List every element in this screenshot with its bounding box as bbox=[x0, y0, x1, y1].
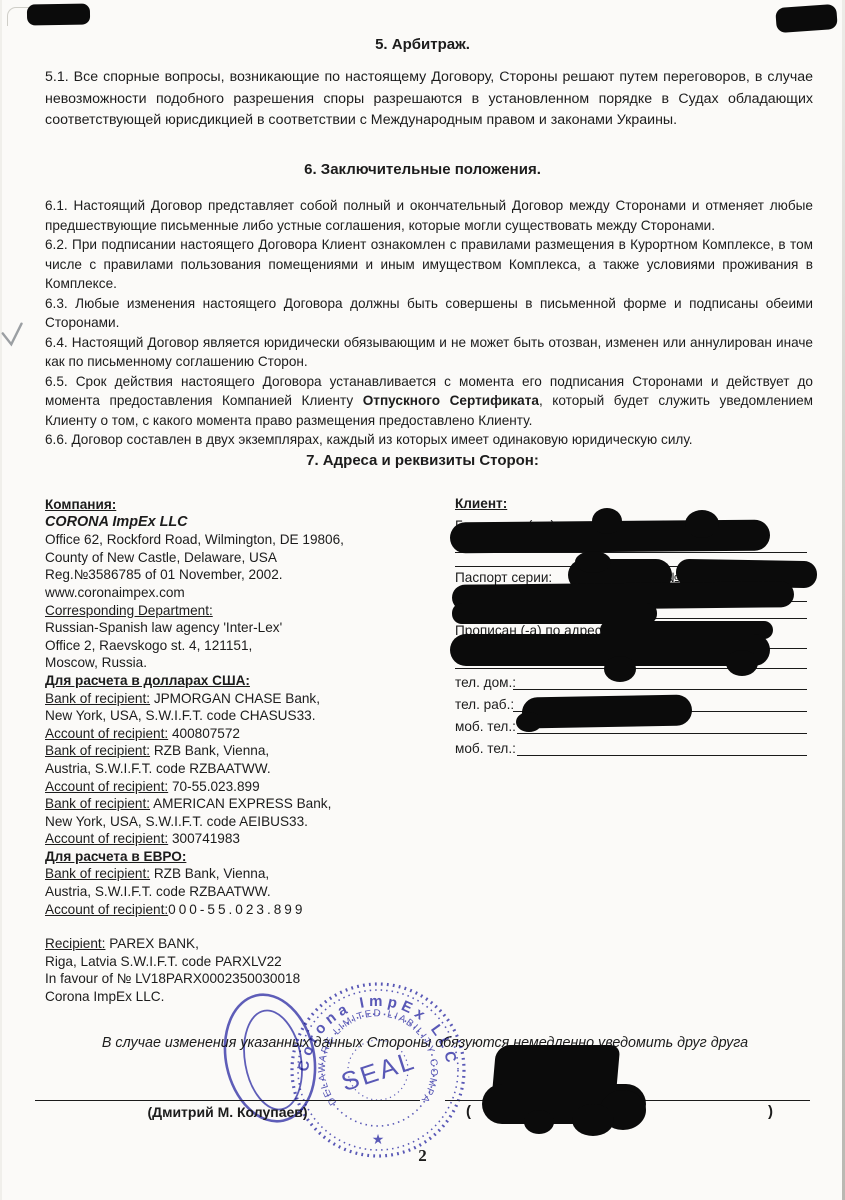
company-signer-name: (Дмитрий М. Колупаев) bbox=[35, 1104, 420, 1120]
company-reg-line: Reg.№3586785 of 01 November, 2002. bbox=[45, 566, 450, 584]
paragraph-6-2: 6.2. При подписании настоящего Договора … bbox=[45, 235, 813, 294]
client-paren-open: ( bbox=[466, 1103, 471, 1120]
account-label: Account of recipient: bbox=[45, 902, 168, 917]
bank-line: Bank of recipient: JPMORGAN CHASE Bank, bbox=[45, 690, 450, 708]
bank-value: AMERICAN EXPRESS Bank, bbox=[150, 796, 331, 811]
bank-line: Austria, S.W.I.F.T. code RZBAATWW. bbox=[45, 760, 450, 778]
dept-line: Office 2, Raevskogo st. 4, 121151, bbox=[45, 637, 450, 655]
account-label: Account of recipient: bbox=[45, 831, 168, 846]
bank-line: New York, USA, S.W.I.F.T. code CHASUS33. bbox=[45, 707, 450, 725]
account-value: 300741983 bbox=[168, 831, 240, 846]
client-paren-close: ) bbox=[768, 1103, 773, 1120]
section-5-title: 5. Арбитраж. bbox=[0, 36, 845, 53]
eur-heading: Для расчета в ЕВРО: bbox=[45, 848, 450, 866]
paragraph-6-4: 6.4. Настоящий Договор является юридичес… bbox=[45, 333, 813, 372]
phone-mobile-label: моб. тел.: bbox=[455, 719, 516, 734]
account-line: Account of recipient: 70-55.023.899 bbox=[45, 778, 450, 796]
paragraph-5-1: 5.1. Все спорные вопросы, возникающие по… bbox=[45, 67, 813, 132]
passport-series-label: Паспорт серии: bbox=[455, 570, 552, 585]
section-6-title: 6. Заключительные положения. bbox=[0, 161, 845, 178]
fill-line bbox=[513, 689, 807, 690]
account-label: Account of recipient: bbox=[45, 779, 168, 794]
company-name: CORONA ImpEx LLC bbox=[45, 514, 450, 532]
bank-value: RZB Bank, Vienna, bbox=[150, 743, 269, 758]
bank-line: Bank of recipient: RZB Bank, Vienna, bbox=[45, 742, 450, 760]
vacation-certificate-term: Отпускного Сертификата bbox=[363, 393, 539, 408]
redaction-top-right bbox=[775, 4, 838, 33]
bank-line: New York, USA, S.W.I.F.T. code AEIBUS33. bbox=[45, 813, 450, 831]
bank-value: JPMORGAN CHASE Bank, bbox=[150, 691, 320, 706]
fill-line bbox=[517, 733, 807, 734]
seal-center-text: SEAL bbox=[337, 1045, 419, 1097]
account-label: Account of recipient: bbox=[45, 726, 168, 741]
bank-label: Bank of recipient: bbox=[45, 743, 150, 758]
fill-line bbox=[517, 755, 807, 756]
paragraph-6-3: 6.3. Любые изменения настоящего Договора… bbox=[45, 294, 813, 333]
recipient-line: Recipient: PAREX BANK, bbox=[45, 935, 450, 953]
paragraph-6-1: 6.1. Настоящий Договор представляет собо… bbox=[45, 196, 813, 235]
redaction-bump bbox=[604, 656, 636, 682]
scanned-contract-page: 5. Арбитраж. 5.1. Все спорные вопросы, в… bbox=[0, 0, 845, 1200]
bank-label: Bank of recipient: bbox=[45, 691, 150, 706]
bank-line: Bank of recipient: AMERICAN EXPRESS Bank… bbox=[45, 795, 450, 813]
company-heading: Компания: bbox=[45, 496, 450, 514]
account-line: Account of recipient: 400807572 bbox=[45, 725, 450, 743]
account-line: Account of recipient: 300741983 bbox=[45, 830, 450, 848]
phone-mobile2-label: моб. тел.: bbox=[455, 741, 516, 756]
phone-work-label: тел. раб.: bbox=[455, 697, 514, 712]
usd-heading: Для расчета в долларах США: bbox=[45, 672, 450, 690]
seal-star-icon: ★ bbox=[372, 1131, 385, 1147]
section-7-title: 7. Адреса и реквизиты Сторон: bbox=[0, 452, 845, 469]
redaction-bump bbox=[524, 1110, 554, 1134]
redaction-bump bbox=[592, 508, 622, 534]
dept-line: Moscow, Russia. bbox=[45, 654, 450, 672]
company-address-line: Office 62, Rockford Road, Wilmington, DE… bbox=[45, 531, 450, 549]
company-signature-line bbox=[35, 1100, 420, 1101]
pen-check-icon bbox=[0, 320, 28, 349]
recipient-label: Recipient: bbox=[45, 936, 105, 951]
page-number: 2 bbox=[0, 1146, 845, 1166]
recipient-value: PAREX BANK, bbox=[105, 936, 198, 951]
dept-line: Russian-Spanish law agency 'Inter-Lex' bbox=[45, 619, 450, 637]
company-website: www.coronaimpex.com bbox=[45, 584, 450, 602]
redaction-bump bbox=[685, 510, 719, 538]
account-value: 70-55.023.899 bbox=[168, 779, 259, 794]
paragraph-6-5: 6.5. Срок действия настоящего Договора у… bbox=[45, 372, 813, 431]
bank-line: Bank of recipient: RZB Bank, Vienna, bbox=[45, 865, 450, 883]
account-value: 000-55.023.899 bbox=[168, 902, 305, 917]
bank-value: RZB Bank, Vienna, bbox=[150, 866, 269, 881]
redaction-bump bbox=[726, 650, 758, 676]
redaction-top-left bbox=[27, 3, 90, 25]
paragraph-6-6: 6.6. Договор составлен в двух экземпляра… bbox=[45, 430, 813, 450]
redaction-mobile-phone bbox=[522, 695, 693, 729]
redaction-bump bbox=[572, 1104, 614, 1136]
company-seal-stamp: Corona ImpEx LLC DELAWARE LIMITED LIABIL… bbox=[283, 975, 473, 1165]
dept-heading: Corresponding Department: bbox=[45, 602, 450, 620]
client-heading: Клиент: bbox=[455, 496, 507, 511]
section-6-body: 6.1. Настоящий Договор представляет собо… bbox=[45, 196, 813, 450]
spacer bbox=[45, 918, 450, 935]
account-value: 400807572 bbox=[168, 726, 240, 741]
company-address-line: County of New Castle, Delaware, USA bbox=[45, 549, 450, 567]
redaction-bump bbox=[516, 712, 542, 732]
scan-left-edge bbox=[0, 0, 2, 1200]
company-column: Компания: CORONA ImpEx LLC Office 62, Ro… bbox=[45, 496, 450, 1006]
phone-home-label: тел. дом.: bbox=[455, 675, 516, 690]
bank-label: Bank of recipient: bbox=[45, 796, 150, 811]
recipient-line: Riga, Latvia S.W.I.F.T. code PARXLV22 bbox=[45, 953, 450, 971]
bank-label: Bank of recipient: bbox=[45, 866, 150, 881]
bank-line: Austria, S.W.I.F.T. code RZBAATWW. bbox=[45, 883, 450, 901]
account-line: Account of recipient:000-55.023.899 bbox=[45, 901, 450, 919]
redaction-bump bbox=[575, 551, 611, 573]
